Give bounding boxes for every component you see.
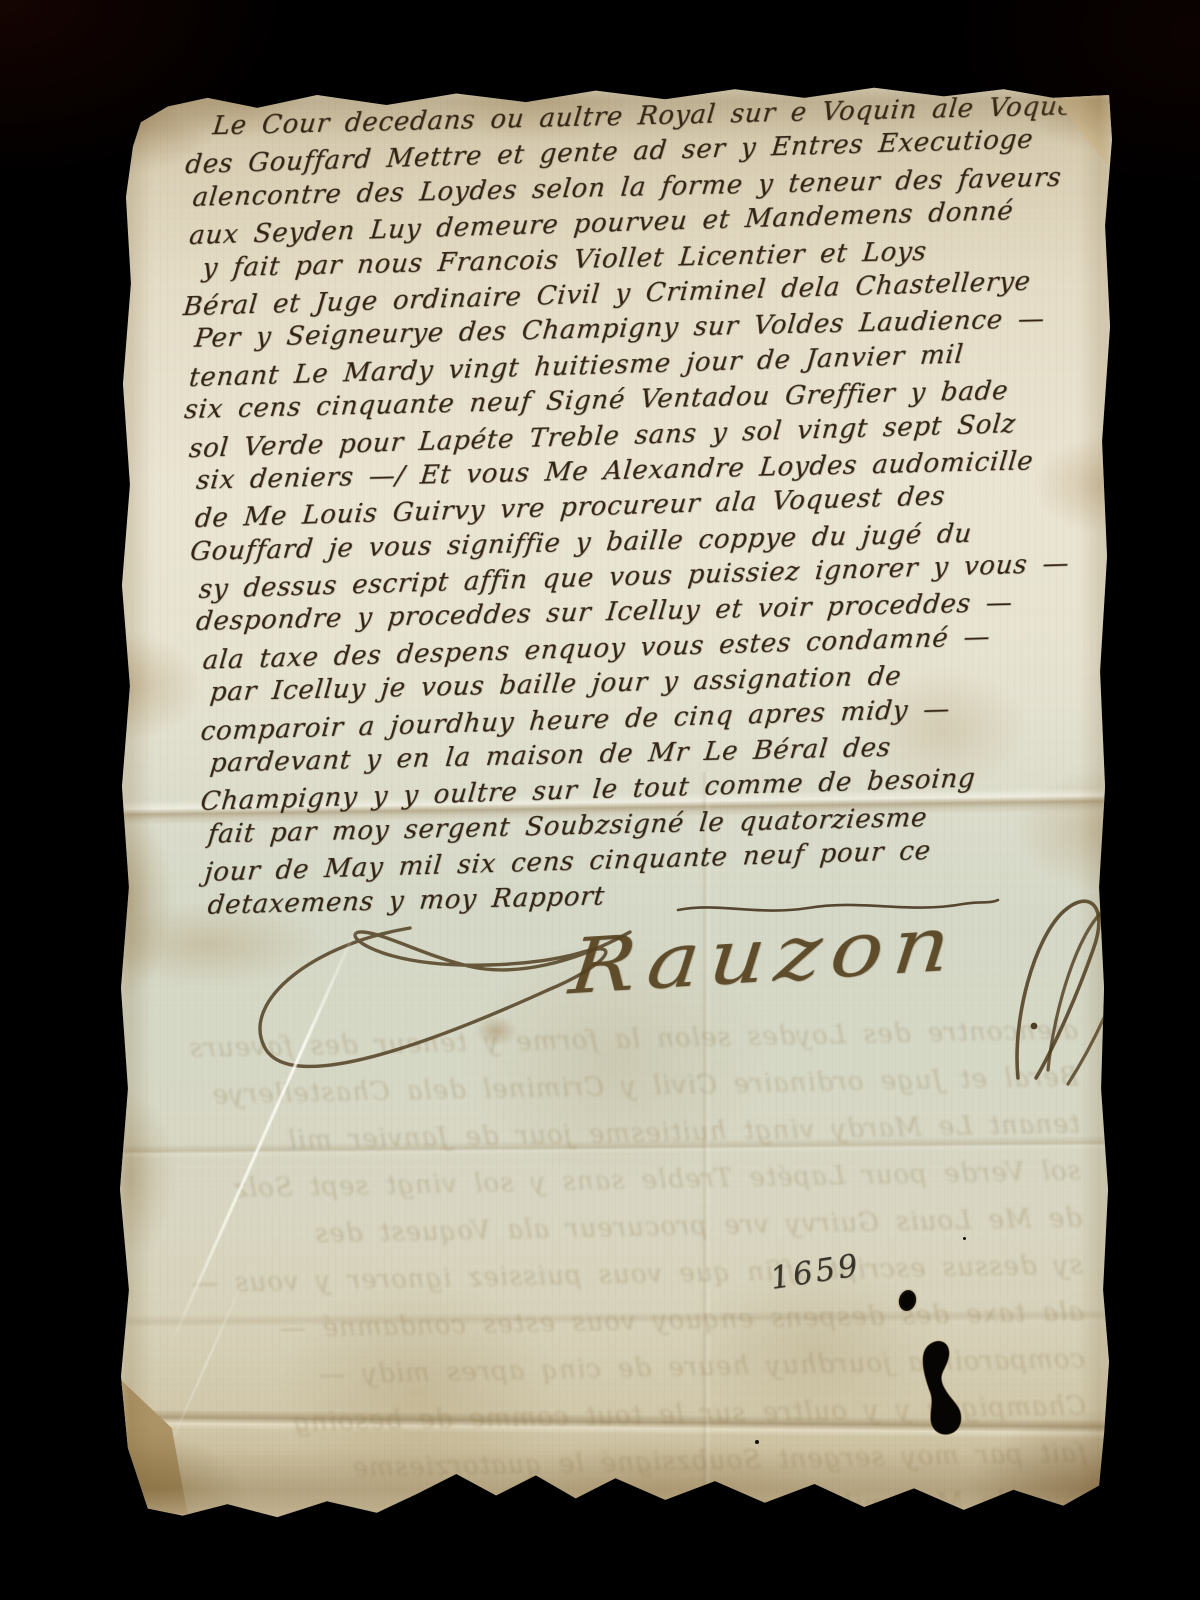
signature-name: Rauzon	[566, 898, 964, 1011]
manuscript-photo: alencontre des Loydes selon la forme y t…	[0, 0, 1200, 1600]
bleedthrough-text: alencontre des Loydes selon la forme y t…	[133, 1007, 1089, 1544]
ink-speck	[963, 1237, 966, 1240]
manuscript-paper: alencontre des Loydes selon la forme y t…	[118, 82, 1113, 1520]
ink-speck	[755, 1440, 759, 1444]
ink-speck	[698, 1512, 703, 1516]
handwritten-text-block: Le Cour decedans ou aultre Royal sur e V…	[176, 88, 1088, 926]
